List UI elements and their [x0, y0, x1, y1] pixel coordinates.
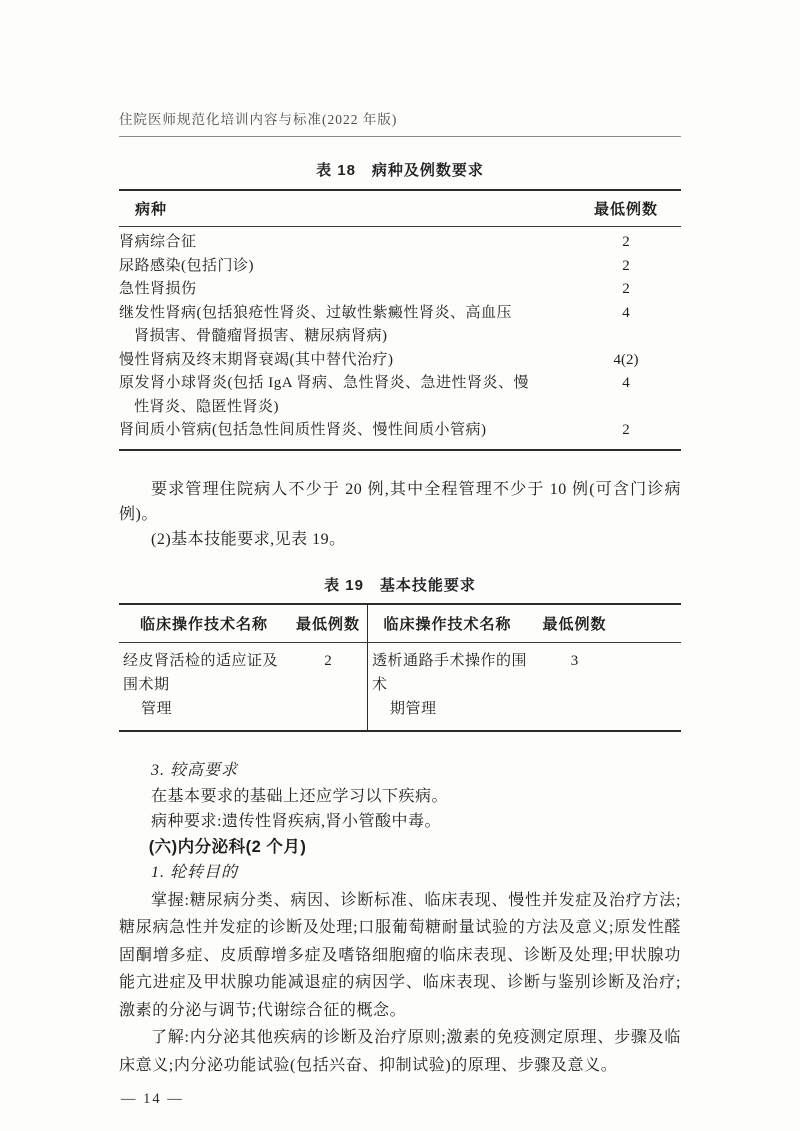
- table18-body: 肾病综合征 2 尿路感染(包括门诊) 2 急性肾损伤 2 继发性肾病(包括狼疮性…: [119, 227, 681, 449]
- table18: 病种 最低例数 肾病综合征 2 尿路感染(包括门诊) 2 急性肾损伤 2 继发性…: [119, 189, 681, 451]
- table-row: 继发性肾病(包括狼疮性肾炎、过敏性紫癜性肾炎、高血压 肾损害、骨髓瘤肾损害、糖尿…: [119, 302, 681, 349]
- disease-cell: 肾间质小管病(包括急性间质性肾炎、慢性间质小管病): [119, 419, 571, 443]
- table19: 临床操作技术名称 最低例数 临床操作技术名称 最低例数 经皮肾活检的适应证及围术…: [119, 603, 681, 732]
- table19-col-min-left: 最低例数: [289, 605, 367, 642]
- disease-cell: 尿路感染(包括门诊): [119, 255, 571, 279]
- line-basis: 在基本要求的基础上还应学习以下疾病。: [119, 784, 681, 809]
- line-disease-requirements: 病种要求:遗传性肾疾病,肾小管酸中毒。: [119, 809, 681, 834]
- table18-col-min-cases: 最低例数: [571, 198, 681, 219]
- paragraph-basic-skill-ref: (2)基本技能要求,见表 19。: [119, 527, 681, 552]
- disease-line2: 性肾炎、隐匿性肾炎): [119, 396, 571, 420]
- min-cases-cell-right: 3: [527, 643, 622, 730]
- table19-col-name-left: 临床操作技术名称: [119, 605, 289, 642]
- table-row: 肾病综合征 2: [119, 231, 681, 255]
- min-cases-cell: 4(2): [571, 349, 681, 373]
- skill-line1: 透析通路手术操作的围术: [372, 649, 527, 697]
- table19-body-spacer: [622, 643, 681, 730]
- running-header: 住院医师规范化培训内容与标准(2022 年版): [119, 108, 681, 137]
- disease-cell: 原发肾小球肾炎(包括 IgA 肾病、急性肾炎、急进性肾炎、慢 性肾炎、隐匿性肾炎…: [119, 372, 571, 419]
- table18-title: 表 18 病种及例数要求: [119, 159, 681, 180]
- table-row: 尿路感染(包括门诊) 2: [119, 255, 681, 279]
- min-cases-cell: 2: [571, 255, 681, 279]
- table18-col-disease: 病种: [119, 198, 571, 219]
- min-cases-cell: 2: [571, 231, 681, 255]
- skill-line2: 管理: [123, 697, 289, 721]
- heading-rotation-purpose: 1. 轮转目的: [119, 860, 681, 886]
- table-row: 慢性肾病及终末期肾衰竭(其中替代治疗) 4(2): [119, 349, 681, 373]
- paragraph-case-management: 要求管理住院病人不少于 20 例,其中全程管理不少于 10 例(可含门诊病例)。: [119, 477, 681, 527]
- document-page: 住院医师规范化培训内容与标准(2022 年版) 表 18 病种及例数要求 病种 …: [119, 0, 681, 1108]
- table-row: 经皮肾活检的适应证及围术期 管理 2 透析通路手术操作的围术 期管理 3: [119, 643, 681, 730]
- disease-cell: 肾病综合征: [119, 231, 571, 255]
- body-sections: 3. 较高要求 在基本要求的基础上还应学习以下疾病。 病种要求:遗传性肾疾病,肾…: [119, 758, 681, 1080]
- skill-cell-left: 经皮肾活检的适应证及围术期 管理: [119, 643, 289, 730]
- table19-col-min-right: 最低例数: [527, 605, 622, 642]
- page-number: — 14 —: [119, 1091, 681, 1108]
- table19-title: 表 19 基本技能要求: [119, 574, 681, 595]
- min-cases-cell: 2: [571, 278, 681, 302]
- table18-header-row: 病种 最低例数: [119, 191, 681, 227]
- min-cases-cell: 2: [571, 419, 681, 443]
- skill-line2: 期管理: [372, 697, 527, 721]
- disease-cell: 继发性肾病(包括狼疮性肾炎、过敏性紫癜性肾炎、高血压 肾损害、骨髓瘤肾损害、糖尿…: [119, 302, 571, 349]
- table-row: 急性肾损伤 2: [119, 278, 681, 302]
- min-cases-cell: 4: [571, 372, 681, 419]
- skill-line1: 经皮肾活检的适应证及围术期: [123, 649, 289, 697]
- min-cases-cell-left: 2: [289, 643, 367, 730]
- table-row: 肾间质小管病(包括急性间质性肾炎、慢性间质小管病) 2: [119, 419, 681, 443]
- table19-col-name-right: 临床操作技术名称: [367, 605, 527, 642]
- disease-line2: 肾损害、骨髓瘤肾损害、糖尿病肾病): [119, 325, 571, 349]
- heading-endocrinology: (六)内分泌科(2 个月): [119, 834, 681, 860]
- paragraph-understand: 了解:内分泌其他疾病的诊断及治疗原则;激素的免疫测定原理、步骤及临床意义;内分泌…: [119, 1024, 681, 1079]
- disease-line1: 继发性肾病(包括狼疮性肾炎、过敏性紫癜性肾炎、高血压: [119, 302, 571, 326]
- skill-cell-right: 透析通路手术操作的围术 期管理: [367, 643, 527, 730]
- table-row: 原发肾小球肾炎(包括 IgA 肾病、急性肾炎、急进性肾炎、慢 性肾炎、隐匿性肾炎…: [119, 372, 681, 419]
- table19-header-spacer: [622, 605, 681, 642]
- table19-header-row: 临床操作技术名称 最低例数 临床操作技术名称 最低例数: [119, 605, 681, 643]
- disease-cell: 慢性肾病及终末期肾衰竭(其中替代治疗): [119, 349, 571, 373]
- heading-higher-requirements: 3. 较高要求: [119, 758, 681, 784]
- disease-cell: 急性肾损伤: [119, 278, 571, 302]
- paragraph-master: 掌握:糖尿病分类、病因、诊断标准、临床表现、慢性并发症及治疗方法;糖尿病急性并发…: [119, 887, 681, 1025]
- min-cases-cell: 4: [571, 302, 681, 349]
- disease-line1: 原发肾小球肾炎(包括 IgA 肾病、急性肾炎、急进性肾炎、慢: [119, 372, 571, 396]
